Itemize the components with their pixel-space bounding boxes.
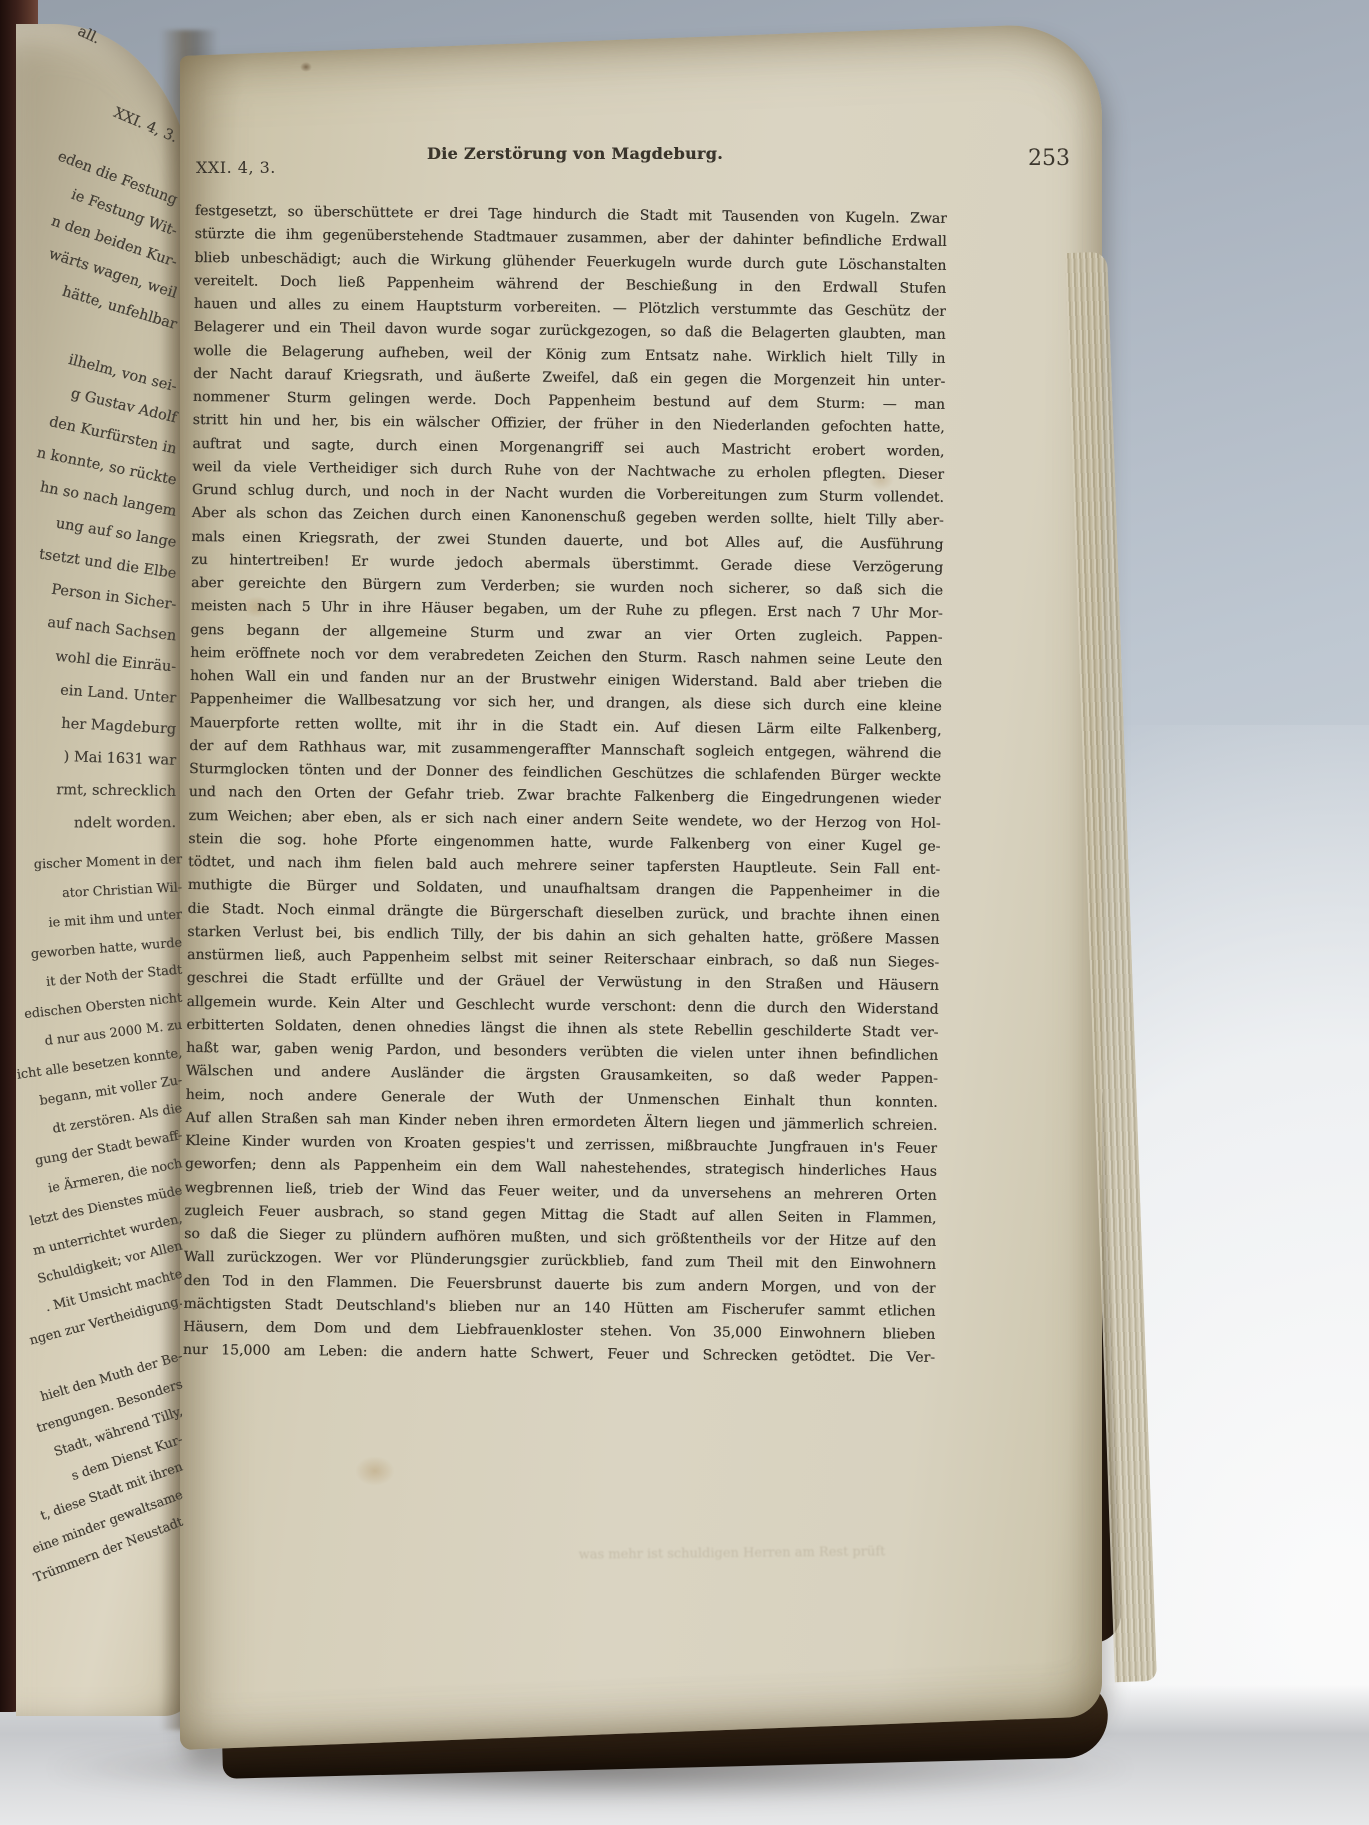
left-page-fragment-line: rmt, schrecklich xyxy=(0,774,182,808)
page-number: 253 xyxy=(1028,146,1070,171)
chapter-reference: XXI. 4, 3. xyxy=(196,158,276,177)
running-title: Die Zerstörung von Magdeburg. xyxy=(330,144,820,163)
left-page-fragment-line: ) Mai 1631 war xyxy=(0,740,183,777)
book-photo: all.XXI. 4, 3.eden die Festungie Festung… xyxy=(0,0,1369,1825)
left-page-upper-fragments: all.XXI. 4, 3.eden die Festungie Festung… xyxy=(0,64,182,839)
left-page-lower-fragments: gischer Moment in derator Christian Wil-… xyxy=(0,846,188,1534)
body-text: festgesetzt, so überschüttete er drei Ta… xyxy=(183,200,947,1370)
left-page-fragment-line: ndelt worden. xyxy=(0,808,182,840)
